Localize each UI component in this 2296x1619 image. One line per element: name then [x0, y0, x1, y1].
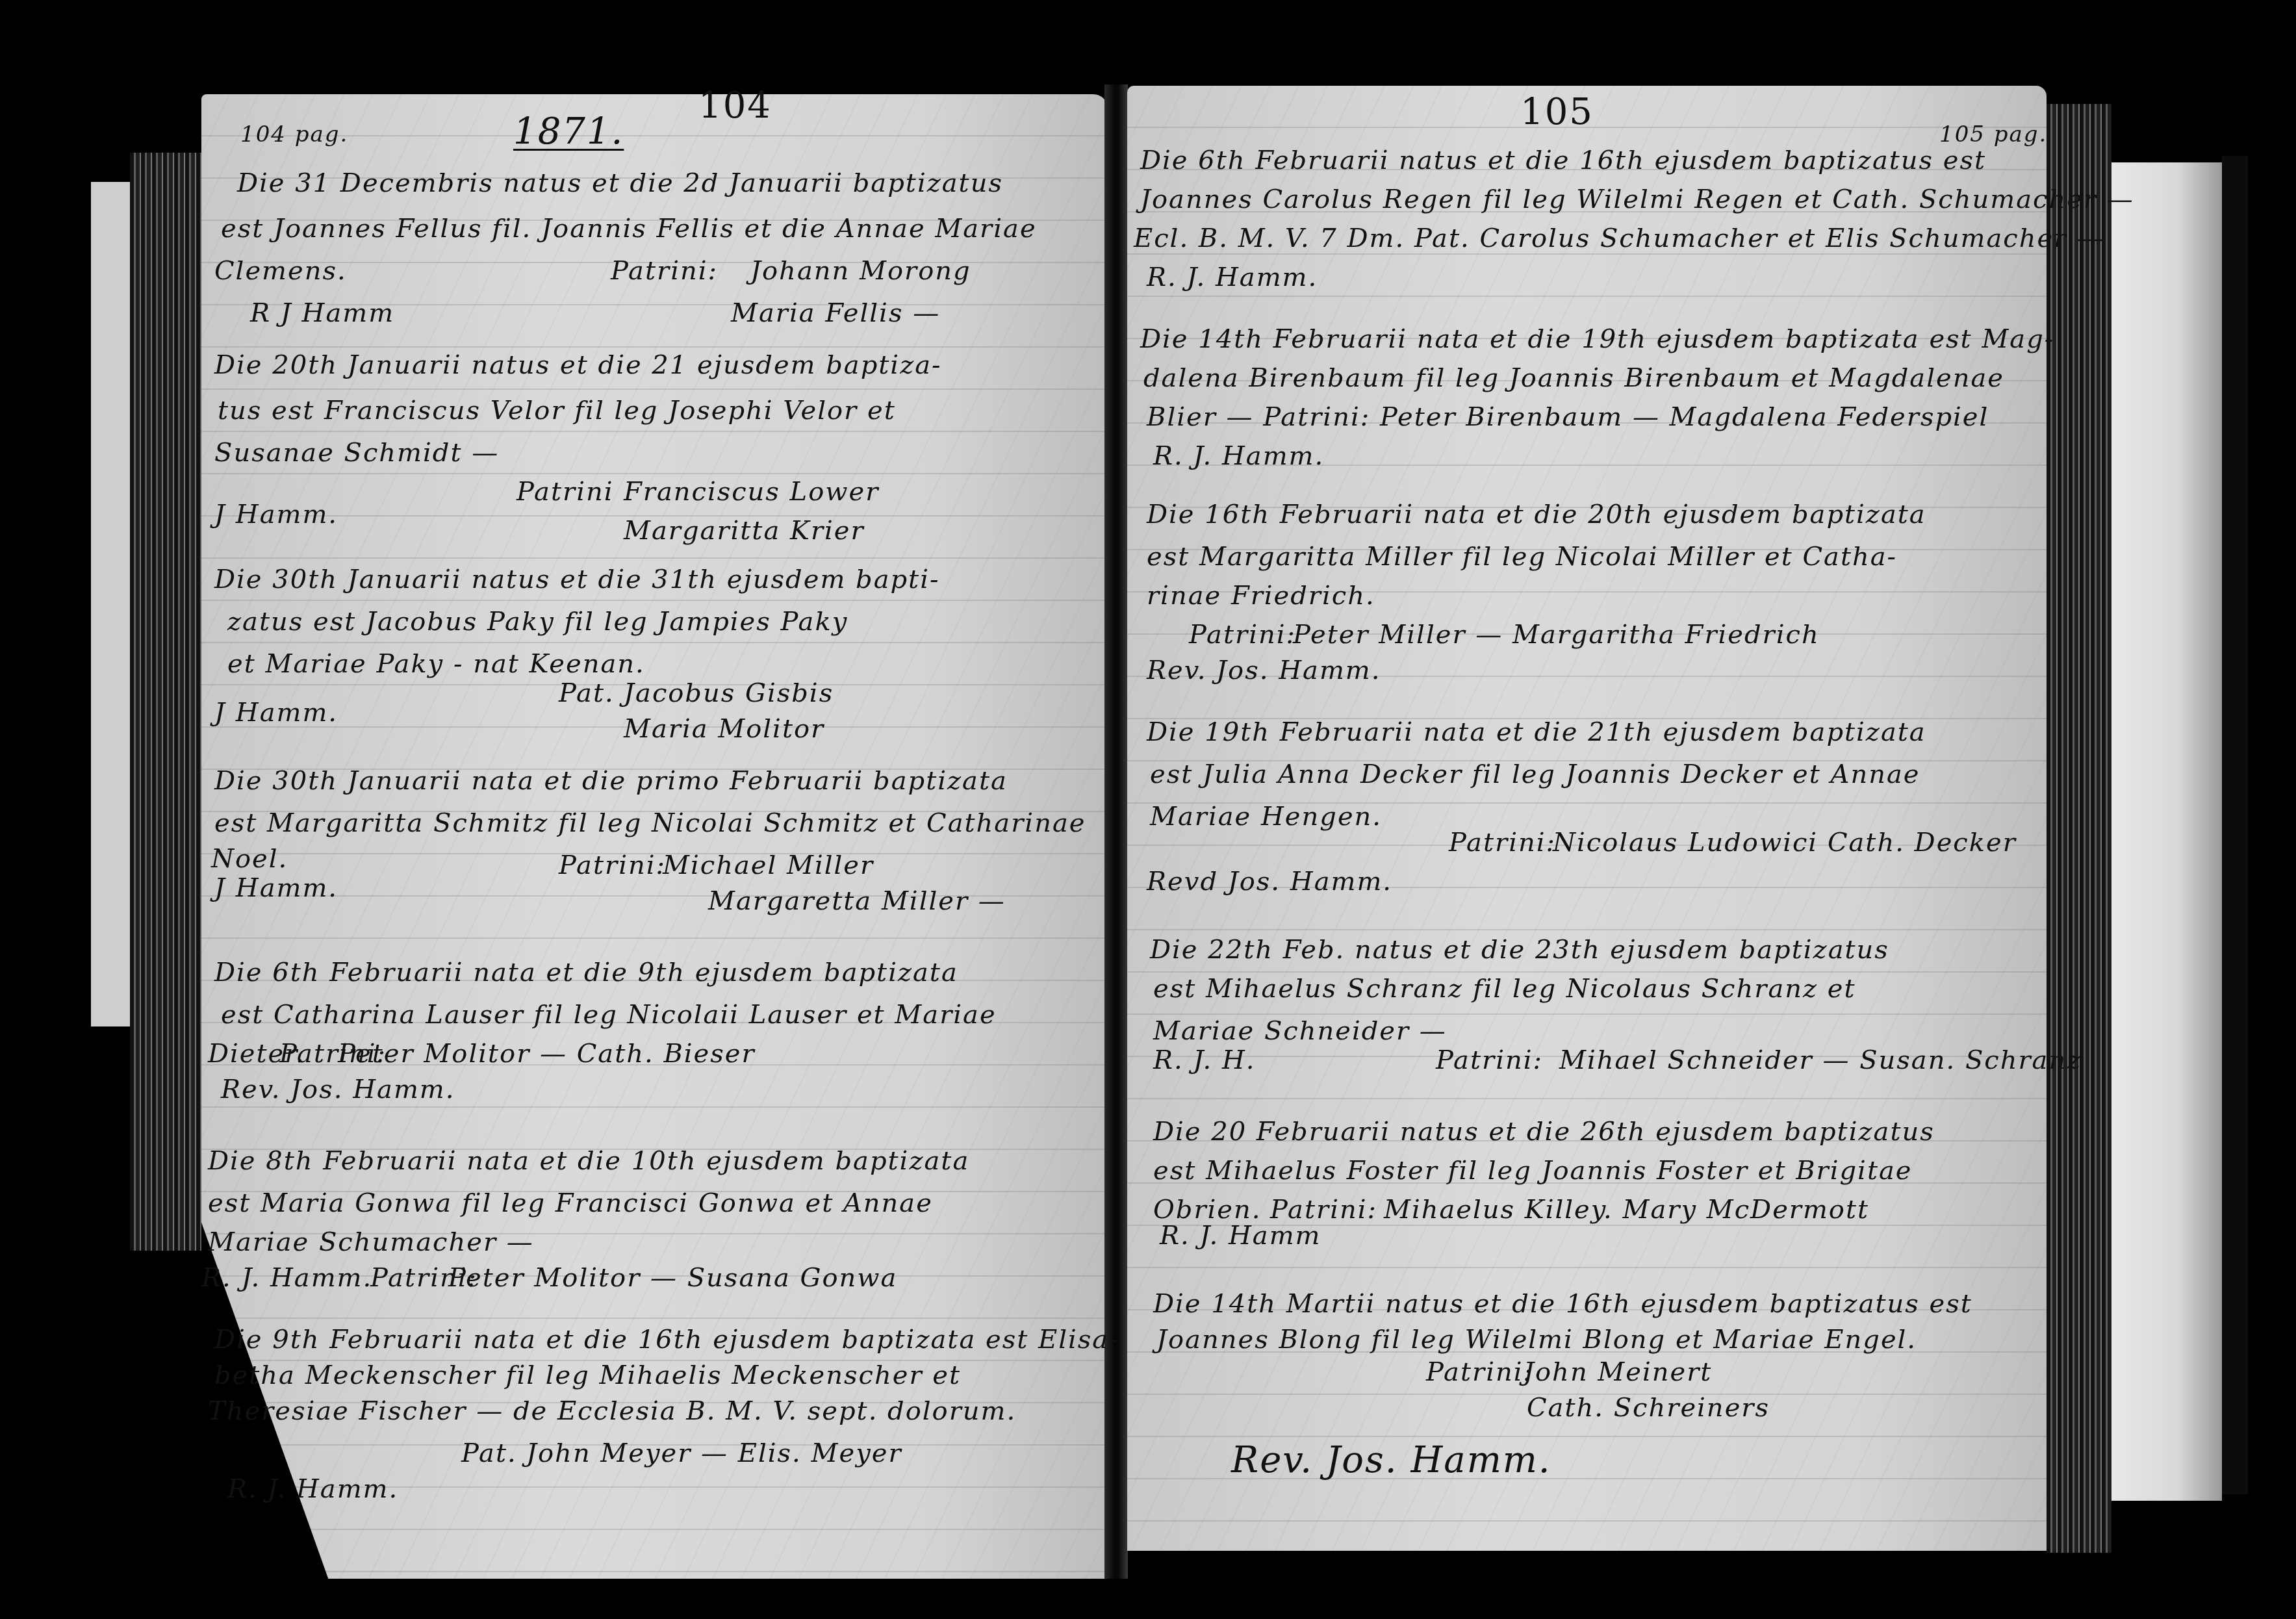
entry-line: Die 16th Februarii nata et die 20th ejus… [1147, 494, 1926, 536]
priest-signature: Rev. Jos. Hamm. [221, 1069, 455, 1111]
entry-line: est Joannes Fellus fil. Joannis Fellis e… [221, 208, 1037, 250]
entry-line: Die 30th Januarii natus et die 31th ejus… [214, 559, 939, 601]
sponsor-name: Peter Molitor — Susana Gonwa [448, 1257, 897, 1299]
priest-signature: Rev. Jos. Hamm. [1147, 650, 1381, 692]
year-heading: 1871. [513, 110, 624, 153]
entry-line: Ecl. B. M. V. 7 Dm. Pat. Carolus Schumac… [1134, 218, 2104, 260]
paper-strip [2111, 162, 2222, 1501]
sponsor-name: John Meyer — Elis. Meyer [526, 1433, 902, 1475]
entry-line: est Julia Anna Decker fil leg Joannis De… [1150, 754, 1920, 796]
sponsors-label: Pat. [559, 672, 615, 715]
entry-line: Mariae Hengen. [1150, 796, 1382, 838]
priest-signature: R. J. Hamm. [201, 1257, 372, 1299]
left-book-edge-paper [91, 182, 130, 1026]
entry-line: est Maria Gonwa fil leg Francisci Gonwa … [208, 1182, 933, 1225]
entry-line: Die 20th Januarii natus et die 21 ejusde… [214, 344, 942, 387]
entry-line: Theresiae Fischer — de Ecclesia B. M. V.… [208, 1390, 1016, 1433]
sponsor-name: Margaretta Miller — [708, 880, 1006, 923]
right-page-number: 105 [1520, 91, 1594, 133]
left-page-edges [130, 153, 201, 1251]
entry-line: Die 8th Februarii nata et die 10th ejusd… [208, 1140, 969, 1182]
sponsors-label: Patrini [517, 471, 614, 513]
sponsor-name: Johann Morong [750, 250, 971, 292]
priest-signature: R. J. Hamm. [1147, 257, 1318, 299]
sponsors-label: Patrini: [559, 845, 666, 887]
entry-line: Clemens. [214, 250, 347, 292]
sponsor-name: Maria Fellis — [731, 292, 940, 335]
entry-line: Die 22th Feb. natus et die 23th ejusdem … [1150, 929, 1889, 971]
entry-line: Die 20 Februarii natus et die 26th ejusd… [1153, 1111, 1935, 1153]
sponsor-name: Mihaelus Killey. Mary McDermott [1384, 1189, 1869, 1231]
dark-backing [2222, 156, 2248, 1494]
entry-line: Die 30th Januarii nata et die primo Febr… [214, 760, 1008, 802]
sponsors-label: Patrini: [1426, 1351, 1533, 1394]
sponsor-name: Cath. Schreiners [1527, 1387, 1770, 1429]
sponsor-name: Mihael Schneider — Susan. Schranz [1559, 1039, 2082, 1082]
entry-line: tus est Franciscus Velor fil leg Josephi… [218, 390, 896, 432]
left-page-number: 104 [698, 84, 772, 127]
entry-line: Blier — Patrini: Peter Birenbaum — Magda… [1147, 396, 1989, 439]
entry-line: est Catharina Lauser fil leg Nicolaii La… [221, 994, 997, 1036]
priest-signature: R. J. H. [1153, 1039, 1256, 1082]
entry-line: est Mihaelus Foster fil leg Joannis Fost… [1153, 1150, 1913, 1192]
sponsors-label: Patrini: [1436, 1039, 1543, 1082]
priest-signature: R. J. Hamm [1160, 1215, 1321, 1257]
sponsors-label: Patrini: [1449, 822, 1556, 864]
entry-line: zatus est Jacobus Paky fil leg Jampies P… [227, 601, 848, 643]
priest-signature: J Hamm. [214, 867, 338, 910]
sponsor-name: Margaritta Krier [624, 510, 865, 552]
sponsors-label: Pat. [461, 1433, 517, 1475]
entry-line: est Margaritta Schmitz fil leg Nicolai S… [214, 802, 1086, 845]
sponsor-name: Franciscus Lower [624, 471, 879, 513]
priest-signature: J Hamm. [214, 494, 338, 536]
sponsor-name: Nicolaus Ludowici Cath. Decker [1553, 822, 2017, 864]
entry-line: dalena Birenbaum fil leg Joannis Birenba… [1143, 357, 2004, 400]
entry-line: est Margaritta Miller fil leg Nicolai Mi… [1147, 536, 1897, 578]
entry-line: est Mihaelus Schranz fil leg Nicolaus Sc… [1153, 968, 1856, 1010]
right-page-edges [2047, 104, 2111, 1553]
entry-line: Die 6th Februarii natus et die 16th ejus… [1140, 140, 1986, 182]
priest-signature: Rev. Jos. Hamm. [1231, 1439, 1551, 1481]
priest-signature: R J Hamm [250, 292, 394, 335]
entry-line: Die 14th Februarii nata et die 19th ejus… [1140, 318, 2054, 361]
entry-line: Joannes Carolus Regen fil leg Wilelmi Re… [1140, 179, 2134, 221]
entry-line: Susanae Schmidt — [214, 432, 499, 474]
entry-line: Die 31 Decembris natus et die 2d Januari… [237, 162, 1003, 205]
sponsors-label: Patrini: [611, 250, 718, 292]
priest-signature: J Hamm. [214, 692, 338, 734]
entry-line: rinae Friedrich. [1147, 575, 1375, 617]
entry-line: Die 19th Februarii nata et die 21th ejus… [1147, 711, 1926, 754]
priest-signature: Revd Jos. Hamm. [1147, 861, 1392, 903]
priest-signature: R. J. Hamm. [1153, 435, 1324, 478]
entry-line: Die 6th Februarii nata et die 9th ejusde… [214, 952, 958, 994]
sponsor-name: Maria Molitor [624, 708, 824, 750]
priest-signature: R. J. Hamm. [227, 1468, 398, 1511]
left-page-label: 104 pag. [240, 114, 348, 156]
